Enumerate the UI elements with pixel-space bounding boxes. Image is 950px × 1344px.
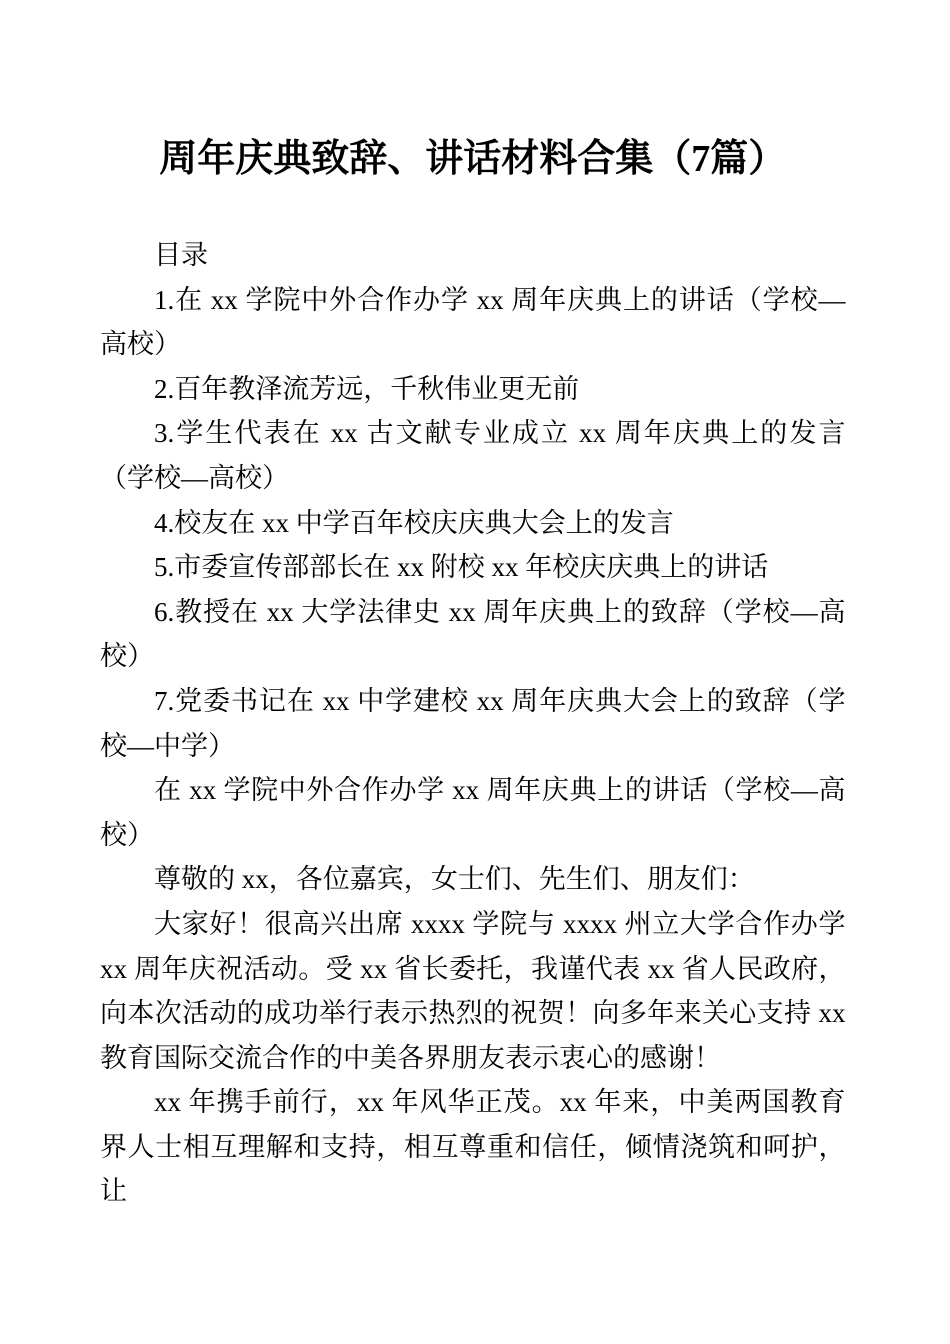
toc-item-5: 5.市委宣传部部长在 xx 附校 xx 年校庆庆典上的讲话 [100, 545, 846, 590]
toc-item-6: 6.教授在 xx 大学法律史 xx 周年庆典上的致辞（学校—高校） [100, 590, 846, 679]
section-heading: 在 xx 学院中外合作办学 xx 周年庆典上的讲话（学校—高校） [100, 768, 846, 857]
toc-item-7: 7.党委书记在 xx 中学建校 xx 周年庆典大会上的致辞（学校—中学） [100, 679, 846, 768]
body-paragraph-1: 大家好！很高兴出席 xxxx 学院与 xxxx 州立大学合作办学 xx 周年庆祝… [100, 902, 846, 1080]
body-paragraph-2: xx 年携手前行，xx 年风华正茂。xx 年来，中美两国教育界人士相互理解和支持… [100, 1080, 846, 1214]
document-title: 周年庆典致辞、讲话材料合集（7篇） [100, 134, 846, 184]
toc-heading: 目录 [100, 233, 846, 278]
salutation-paragraph: 尊敬的 xx，各位嘉宾，女士们、先生们、朋友们： [100, 857, 846, 902]
toc-item-4: 4.校友在 xx 中学百年校庆庆典大会上的发言 [100, 501, 846, 546]
toc-item-3: 3.学生代表在 xx 古文献专业成立 xx 周年庆典上的发言（学校—高校） [100, 411, 846, 500]
toc-item-2: 2.百年教泽流芳远，千秋伟业更无前 [100, 367, 846, 412]
toc-item-1: 1.在 xx 学院中外合作办学 xx 周年庆典上的讲话（学校—高校） [100, 278, 846, 367]
document-page: 周年庆典致辞、讲话材料合集（7篇） 目录 1.在 xx 学院中外合作办学 xx … [0, 0, 950, 1344]
